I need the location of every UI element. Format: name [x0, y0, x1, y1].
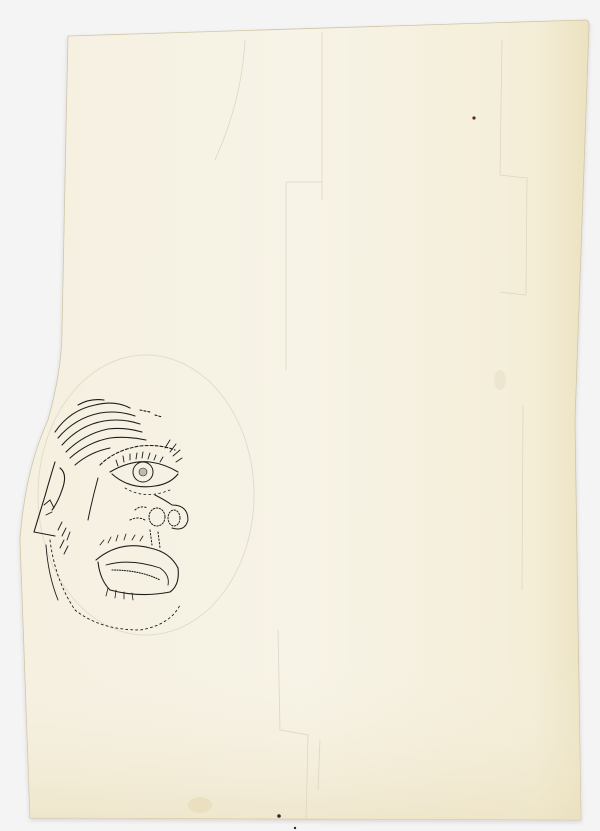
artwork-canvas [0, 0, 600, 831]
paper-sheet [20, 20, 589, 820]
